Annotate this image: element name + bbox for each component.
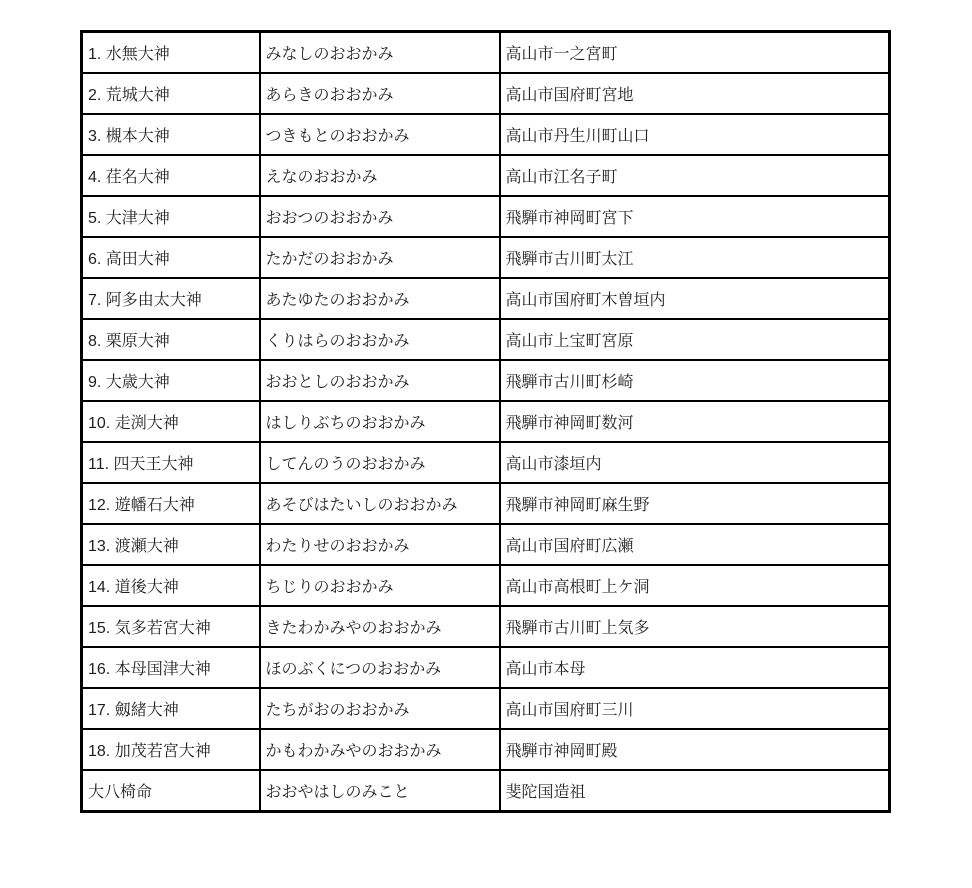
- table-row: 12. 遊幡石大神あそびはたいしのおおかみ飛騨市神岡町麻生野: [82, 483, 890, 524]
- location-cell: 飛騨市古川町上気多: [500, 606, 890, 647]
- location-cell: 高山市高根町上ケ洞: [500, 565, 890, 606]
- deity-table: 1. 水無大神みなしのおおかみ高山市一之宮町2. 荒城大神あらきのおおかみ高山市…: [80, 30, 891, 813]
- table-row: 18. 加茂若宮大神かもわかみやのおおかみ飛騨市神岡町殿: [82, 729, 890, 770]
- location-cell: 飛騨市神岡町殿: [500, 729, 890, 770]
- deity-name-cell: 4. 荏名大神: [82, 155, 260, 196]
- reading-cell: えなのおおかみ: [260, 155, 500, 196]
- deity-name-cell: 大八椅命: [82, 770, 260, 812]
- deity-name-cell: 15. 気多若宮大神: [82, 606, 260, 647]
- location-cell: 高山市江名子町: [500, 155, 890, 196]
- deity-name-cell: 1. 水無大神: [82, 32, 260, 74]
- table-row: 11. 四天王大神してんのうのおおかみ高山市漆垣内: [82, 442, 890, 483]
- deity-name-cell: 14. 道後大神: [82, 565, 260, 606]
- reading-cell: してんのうのおおかみ: [260, 442, 500, 483]
- location-cell: 高山市漆垣内: [500, 442, 890, 483]
- location-cell: 高山市国府町三川: [500, 688, 890, 729]
- location-cell: 斐陀国造祖: [500, 770, 890, 812]
- table-row: 10. 走渕大神はしりぶちのおおかみ飛騨市神岡町数河: [82, 401, 890, 442]
- reading-cell: おおやはしのみこと: [260, 770, 500, 812]
- deity-name-cell: 10. 走渕大神: [82, 401, 260, 442]
- deity-name-cell: 8. 栗原大神: [82, 319, 260, 360]
- location-cell: 高山市国府町木曽垣内: [500, 278, 890, 319]
- reading-cell: かもわかみやのおおかみ: [260, 729, 500, 770]
- deity-name-cell: 16. 本母国津大神: [82, 647, 260, 688]
- table-row: 7. 阿多由太大神あたゆたのおおかみ高山市国府町木曽垣内: [82, 278, 890, 319]
- table-row: 1. 水無大神みなしのおおかみ高山市一之宮町: [82, 32, 890, 74]
- table-row: 4. 荏名大神えなのおおかみ高山市江名子町: [82, 155, 890, 196]
- table-row: 5. 大津大神おおつのおおかみ飛騨市神岡町宮下: [82, 196, 890, 237]
- table-row: 2. 荒城大神あらきのおおかみ高山市国府町宮地: [82, 73, 890, 114]
- location-cell: 飛騨市神岡町麻生野: [500, 483, 890, 524]
- location-cell: 高山市一之宮町: [500, 32, 890, 74]
- deity-name-cell: 12. 遊幡石大神: [82, 483, 260, 524]
- deity-name-cell: 18. 加茂若宮大神: [82, 729, 260, 770]
- location-cell: 高山市本母: [500, 647, 890, 688]
- location-cell: 高山市丹生川町山口: [500, 114, 890, 155]
- reading-cell: くりはらのおおかみ: [260, 319, 500, 360]
- reading-cell: あそびはたいしのおおかみ: [260, 483, 500, 524]
- deity-name-cell: 13. 渡瀬大神: [82, 524, 260, 565]
- reading-cell: おおつのおおかみ: [260, 196, 500, 237]
- table-row: 9. 大歳大神おおとしのおおかみ飛騨市古川町杉崎: [82, 360, 890, 401]
- table-row: 16. 本母国津大神ほのぶくにつのおおかみ高山市本母: [82, 647, 890, 688]
- location-cell: 高山市国府町宮地: [500, 73, 890, 114]
- table-row: 8. 栗原大神くりはらのおおかみ高山市上宝町宮原: [82, 319, 890, 360]
- deity-name-cell: 17. 劔緒大神: [82, 688, 260, 729]
- deity-name-cell: 2. 荒城大神: [82, 73, 260, 114]
- table-row: 14. 道後大神ちじりのおおかみ高山市高根町上ケ洞: [82, 565, 890, 606]
- deity-name-cell: 6. 高田大神: [82, 237, 260, 278]
- deity-table-container: 1. 水無大神みなしのおおかみ高山市一之宮町2. 荒城大神あらきのおおかみ高山市…: [80, 30, 891, 813]
- location-cell: 飛騨市古川町太江: [500, 237, 890, 278]
- location-cell: 飛騨市古川町杉崎: [500, 360, 890, 401]
- table-row: 15. 気多若宮大神きたわかみやのおおかみ飛騨市古川町上気多: [82, 606, 890, 647]
- table-row: 6. 高田大神たかだのおおかみ飛騨市古川町太江: [82, 237, 890, 278]
- deity-name-cell: 9. 大歳大神: [82, 360, 260, 401]
- reading-cell: ちじりのおおかみ: [260, 565, 500, 606]
- reading-cell: あたゆたのおおかみ: [260, 278, 500, 319]
- deity-name-cell: 7. 阿多由太大神: [82, 278, 260, 319]
- table-row: 17. 劔緒大神たちがおのおおかみ高山市国府町三川: [82, 688, 890, 729]
- reading-cell: たちがおのおおかみ: [260, 688, 500, 729]
- reading-cell: きたわかみやのおおかみ: [260, 606, 500, 647]
- reading-cell: あらきのおおかみ: [260, 73, 500, 114]
- table-row: 大八椅命おおやはしのみこと斐陀国造祖: [82, 770, 890, 812]
- table-row: 3. 槻本大神つきもとのおおかみ高山市丹生川町山口: [82, 114, 890, 155]
- deity-name-cell: 3. 槻本大神: [82, 114, 260, 155]
- deity-table-body: 1. 水無大神みなしのおおかみ高山市一之宮町2. 荒城大神あらきのおおかみ高山市…: [82, 32, 890, 812]
- deity-name-cell: 5. 大津大神: [82, 196, 260, 237]
- location-cell: 飛騨市神岡町宮下: [500, 196, 890, 237]
- reading-cell: わたりせのおおかみ: [260, 524, 500, 565]
- reading-cell: ほのぶくにつのおおかみ: [260, 647, 500, 688]
- location-cell: 飛騨市神岡町数河: [500, 401, 890, 442]
- reading-cell: みなしのおおかみ: [260, 32, 500, 74]
- reading-cell: はしりぶちのおおかみ: [260, 401, 500, 442]
- reading-cell: おおとしのおおかみ: [260, 360, 500, 401]
- location-cell: 高山市国府町広瀬: [500, 524, 890, 565]
- table-row: 13. 渡瀬大神わたりせのおおかみ高山市国府町広瀬: [82, 524, 890, 565]
- reading-cell: つきもとのおおかみ: [260, 114, 500, 155]
- deity-name-cell: 11. 四天王大神: [82, 442, 260, 483]
- reading-cell: たかだのおおかみ: [260, 237, 500, 278]
- location-cell: 高山市上宝町宮原: [500, 319, 890, 360]
